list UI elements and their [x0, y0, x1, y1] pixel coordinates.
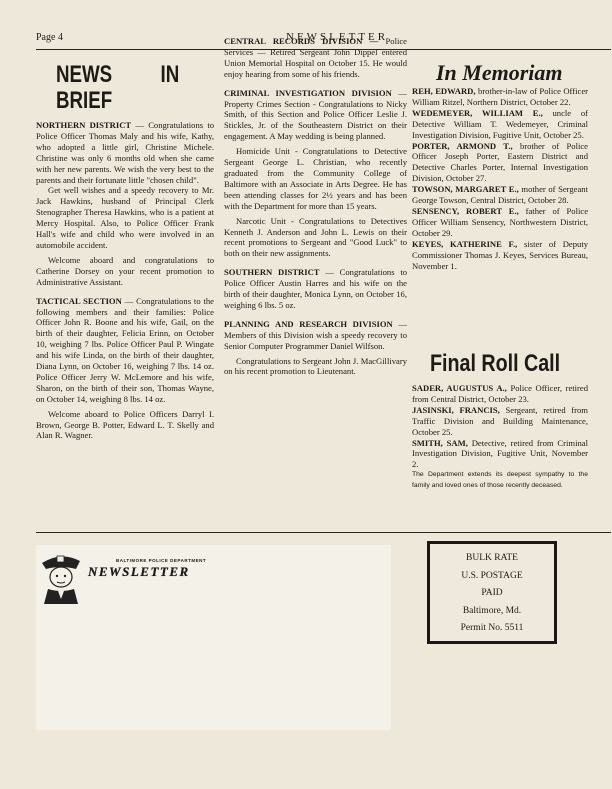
homicide-unit-paragraph: Homicide Unit - Congratulations to Detec…: [224, 146, 407, 211]
narcotic-unit-paragraph: Narcotic Unit - Congratulations to Detec…: [224, 216, 407, 260]
tactical-section-paragraph: TACTICAL SECTION — Congratulations to th…: [36, 296, 214, 405]
postage-indicia: BULK RATE U.S. POSTAGE PAID Baltimore, M…: [427, 541, 557, 644]
column-news-continued: CENTRAL RECORDS DIVISION — Police Servic…: [224, 36, 407, 377]
roll-call-entry: JASINSKI, FRANCIS, Sergeant, retired fro…: [412, 405, 588, 438]
central-records-paragraph: CENTRAL RECORDS DIVISION — Police Servic…: [224, 36, 407, 80]
memoriam-entry: TOWSON, MARGARET E., mother of Sergeant …: [412, 184, 588, 206]
column-news-in-brief: NEWS IN BRIEF NORTHERN DISTRICT — Congra…: [36, 62, 214, 441]
roll-call-entry: SADER, AUGUSTUS A., Police Officer, reti…: [412, 383, 588, 405]
northern-district-heading: NORTHERN DISTRICT: [36, 120, 131, 130]
final-roll-call-headline: Final Roll Call: [430, 350, 560, 378]
in-memoriam-list: REH, EDWARD, brother-in-law of Police Of…: [412, 86, 588, 271]
postage-line-1: BULK RATE: [430, 550, 554, 568]
final-roll-call-list: SADER, AUGUSTUS A., Police Officer, reti…: [412, 383, 588, 491]
postage-line-3: PAID: [430, 585, 554, 603]
southern-district-paragraph: SOUTHERN DISTRICT — Congratulations to P…: [224, 267, 407, 311]
mailing-masthead: BALTIMORE POLICE DEPARTMENT NEWSLETTER: [36, 545, 391, 730]
planning-research-paragraph-2: Congratulations to Sergeant John J. MacG…: [224, 356, 407, 378]
northern-district-paragraph-3: Welcome aboard and congratulations to Ca…: [36, 255, 214, 288]
postage-line-5: Permit No. 5511: [430, 620, 554, 638]
memoriam-entry: PORTER, ARMOND T., brother of Police Off…: [412, 141, 588, 185]
postage-line-2: U.S. POSTAGE: [430, 568, 554, 586]
southern-district-heading: SOUTHERN DISTRICT: [224, 267, 320, 277]
criminal-investigation-paragraph: CRIMINAL INVESTIGATION DIVISION — Proper…: [224, 88, 407, 143]
northern-district-paragraph-2: Get well wishes and a speedy recovery to…: [36, 185, 214, 250]
memoriam-entry: REH, EDWARD, brother-in-law of Police Of…: [412, 86, 588, 108]
sympathy-note: The Department extends its deepest sympa…: [412, 470, 588, 491]
newsletter-page: Page 4 NEWSLETTER NEWS IN BRIEF NORTHERN…: [0, 0, 612, 789]
roll-call-entry: SMITH, SAM, Detective, retired from Crim…: [412, 438, 588, 471]
section-rule: [36, 532, 611, 533]
department-name: BALTIMORE POLICE DEPARTMENT: [116, 558, 206, 563]
planning-research-heading: PLANNING AND RESEARCH DIVISION: [224, 319, 393, 329]
masthead-title: NEWSLETTER: [88, 564, 190, 580]
police-officer-icon: [36, 549, 86, 604]
memoriam-entry: WEDEMEYER, WILLIAM E., uncle of Detectiv…: [412, 108, 588, 141]
memoriam-entry: KEYES, KATHERINE F., sister of Deputy Co…: [412, 239, 588, 272]
news-in-brief-headline: NEWS IN BRIEF: [56, 62, 179, 114]
memoriam-entry: SENSENCY, ROBERT E., father of Police Of…: [412, 206, 588, 239]
tactical-section-heading: TACTICAL SECTION: [36, 296, 122, 306]
central-records-heading: CENTRAL RECORDS DIVISION —: [224, 36, 386, 46]
tactical-section-paragraph-2: Welcome aboard to Police Officers Darryl…: [36, 409, 214, 442]
in-memoriam-headline: In Memoriam: [436, 60, 563, 86]
page-number: Page 4: [36, 32, 63, 43]
planning-research-paragraph: PLANNING AND RESEARCH DIVISION — Members…: [224, 319, 407, 352]
criminal-investigation-heading: CRIMINAL INVESTIGATION DIVISION: [224, 88, 392, 98]
postage-line-4: Baltimore, Md.: [430, 603, 554, 621]
northern-district-paragraph: NORTHERN DISTRICT — Congratulations to P…: [36, 120, 214, 185]
